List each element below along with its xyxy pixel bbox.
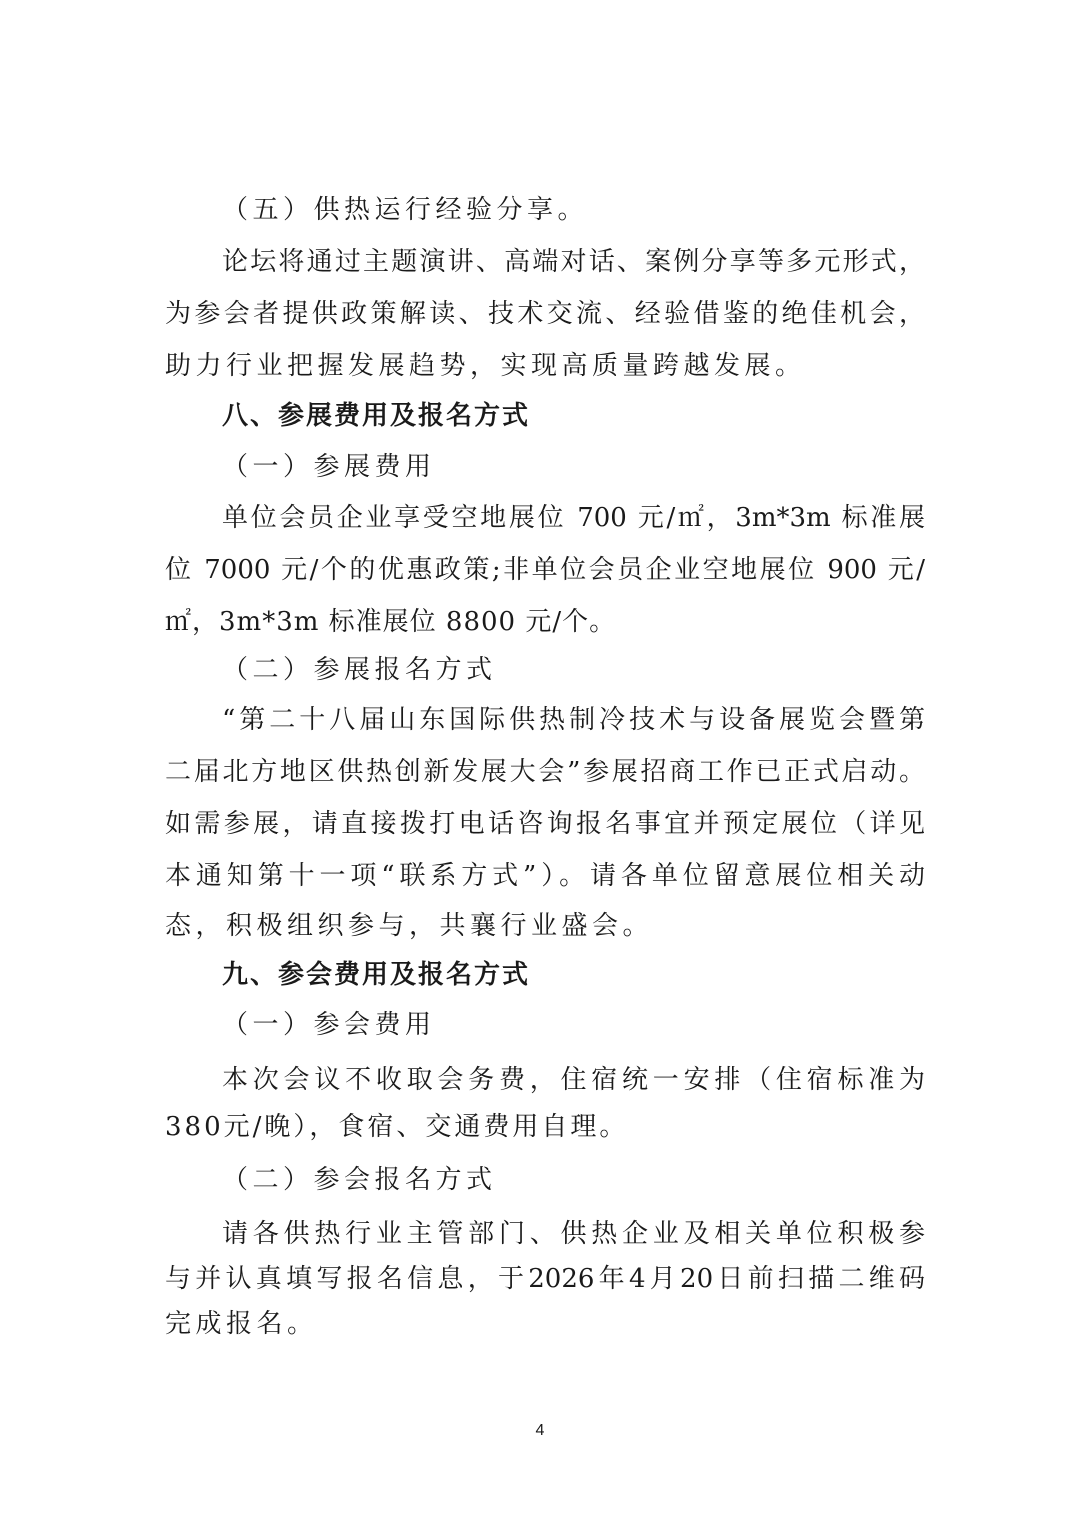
exhibition-registration-line: “第二十八届山东国际供热制冷技术与设备展览会暨第 [222,700,925,740]
section-9-sub-1-title: （一）参会费用 [222,1005,982,1045]
section-9-sub-2-title: （二）参会报名方式 [222,1160,982,1200]
exhibition-registration-line: 如需参展，请直接拨打电话咨询报名事宜并预定展位（详见 [165,804,925,844]
conference-fee-line: 本次会议不收取会务费，住宿统一安排（住宿标准为 [222,1060,925,1100]
page-number: 4 [0,1422,1080,1440]
section-8-sub-2-title: （二）参展报名方式 [222,650,982,690]
section-9-heading: 九、参会费用及报名方式 [222,955,982,995]
exhibition-fee-line: 单位会员企业享受空地展位 700 元/㎡，3m*3m 标准展 [222,498,925,538]
exhibition-registration-line: 二届北方地区供热创新发展大会”参展招商工作已正式启动。 [165,752,925,792]
item-5-heat-supply-experience: （五）供热运行经验分享。 [222,190,982,230]
exhibition-registration-line: 态，积极组织参与，共襄行业盛会。 [165,906,925,946]
forum-paragraph-line: 论坛将通过主题演讲、高端对话、案例分享等多元形式， [222,242,925,282]
conference-registration-line: 请各供热行业主管部门、供热企业及相关单位积极参 [222,1214,925,1254]
forum-paragraph-line: 助力行业把握发展趋势，实现高质量跨越发展。 [165,346,925,386]
forum-paragraph-line: 为参会者提供政策解读、技术交流、经验借鉴的绝佳机会， [165,294,925,334]
section-8-heading: 八、参展费用及报名方式 [222,396,982,436]
exhibition-fee-line: ㎡，3m*3m 标准展位 8800 元/个。 [165,602,925,642]
conference-registration-line: 与并认真填写报名信息，于2026年4月20日前扫描二维码 [165,1259,925,1299]
conference-fee-line: 380元/晚），食宿、交通费用自理。 [165,1107,925,1147]
section-8-sub-1-title: （一）参展费用 [222,447,982,487]
exhibition-registration-line: 本通知第十一项“联系方式”）。请各单位留意展位相关动 [165,856,925,896]
conference-registration-line: 完成报名。 [165,1304,925,1344]
document-page: （五）供热运行经验分享。 论坛将通过主题演讲、高端对话、案例分享等多元形式， 为… [0,0,1080,1527]
exhibition-fee-line: 位 7000 元/个的优惠政策;非单位会员企业空地展位 900 元/ [165,550,925,590]
